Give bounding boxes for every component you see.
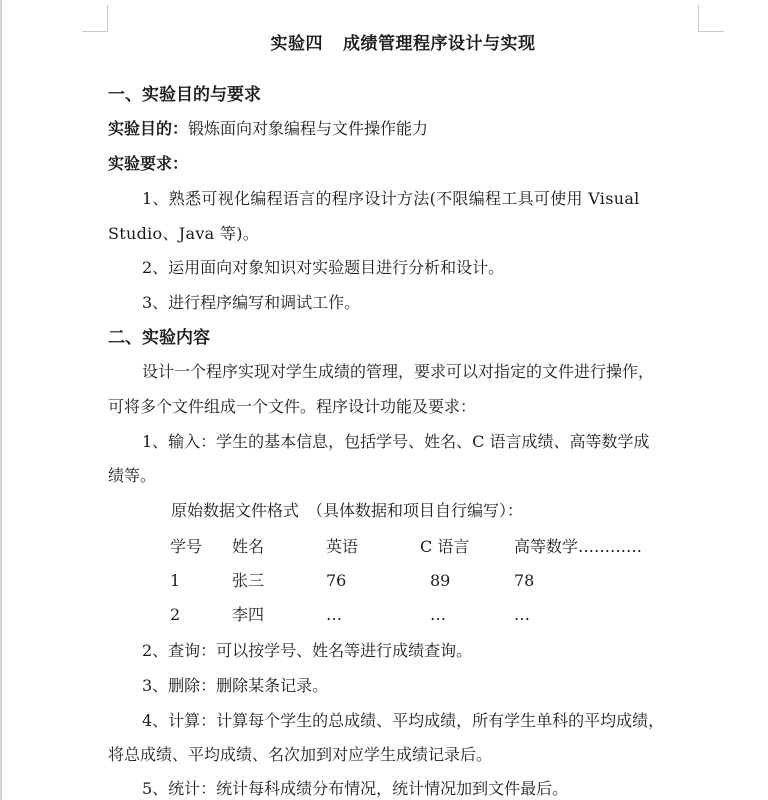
table-cell-advanced-math: 78 (514, 571, 534, 591)
table-header-name: 姓名 (232, 537, 264, 557)
requirement-item-2: 2、运用面向对象知识对实验题目进行分析和设计。 (142, 258, 504, 278)
table-header-student-id: 学号 (170, 537, 202, 557)
title-experiment-name: 成绩管理程序设计与实现 (343, 34, 536, 54)
table-cell-c-language: 89 (430, 571, 450, 591)
margin-corner-mark-top-right (698, 5, 724, 32)
table-cell-name: 张三 (232, 571, 264, 591)
title-experiment-number: 实验四 (271, 34, 324, 54)
requirement-item-1-line-1: 1、熟悉可视化编程语言的程序设计方法(不限编程工具可使用 Visual (142, 189, 640, 209)
section-heading-purpose-requirements: 一、实验目的与要求 (108, 85, 261, 105)
margin-corner-mark-top-left (82, 5, 108, 32)
purpose-paragraph: 实验目的：锻炼面向对象编程与文件操作能力 (108, 119, 428, 139)
section-heading-content: 二、实验内容 (108, 328, 210, 348)
table-header-english: 英语 (326, 537, 358, 557)
purpose-label: 实验目的： (108, 119, 188, 138)
content-item-1-line-2: 绩等。 (108, 466, 156, 486)
table-cell-english: 76 (326, 571, 346, 591)
content-item-4-line-2: 将总成绩、平均成绩、名次加到对应学生成绩记录后。 (108, 745, 492, 765)
requirement-item-3: 3、进行程序编写和调试工作。 (142, 293, 360, 313)
content-item-1-line-1: 1、输入：学生的基本信息，包括学号、姓名、C 语言成绩、高等数学成 (142, 432, 650, 452)
content-item-5: 5、统计：统计每科成绩分布情况，统计情况加到文件最后。 (142, 779, 568, 799)
table-cell-english: … (326, 605, 342, 625)
content-item-3: 3、删除：删除某条记录。 (142, 676, 328, 696)
table-cell-student-id: 2 (170, 605, 180, 625)
data-format-caption: 原始数据文件格式 （具体数据和项目自行编写）： (171, 501, 523, 521)
table-cell-student-id: 1 (170, 571, 180, 591)
purpose-text: 锻炼面向对象编程与文件操作能力 (188, 119, 428, 138)
table-header-c-language: C 语言 (420, 537, 469, 557)
content-intro-line-2: 可将多个文件组成一个文件。程序设计功能及要求： (108, 397, 476, 417)
requirement-item-1-line-2: Studio、Java 等)。 (108, 224, 259, 244)
content-item-4-line-1: 4、计算：计算每个学生的总成绩、平均成绩，所有学生单科的平均成绩， (142, 711, 664, 731)
table-cell-name: 李四 (232, 605, 264, 625)
document-title: 实验四成绩管理程序设计与实现 (108, 34, 698, 54)
content-intro-line-1: 设计一个程序实现对学生成绩的管理，要求可以对指定的文件进行操作， (142, 362, 654, 382)
table-header-advanced-math: 高等数学………… (514, 537, 642, 557)
requirements-label: 实验要求： (108, 154, 188, 174)
content-item-2: 2、查询：可以按学号、姓名等进行成绩查询。 (142, 641, 472, 661)
table-cell-c-language: … (430, 605, 446, 625)
page-left-edge (0, 0, 2, 800)
table-cell-advanced-math: … (514, 605, 530, 625)
